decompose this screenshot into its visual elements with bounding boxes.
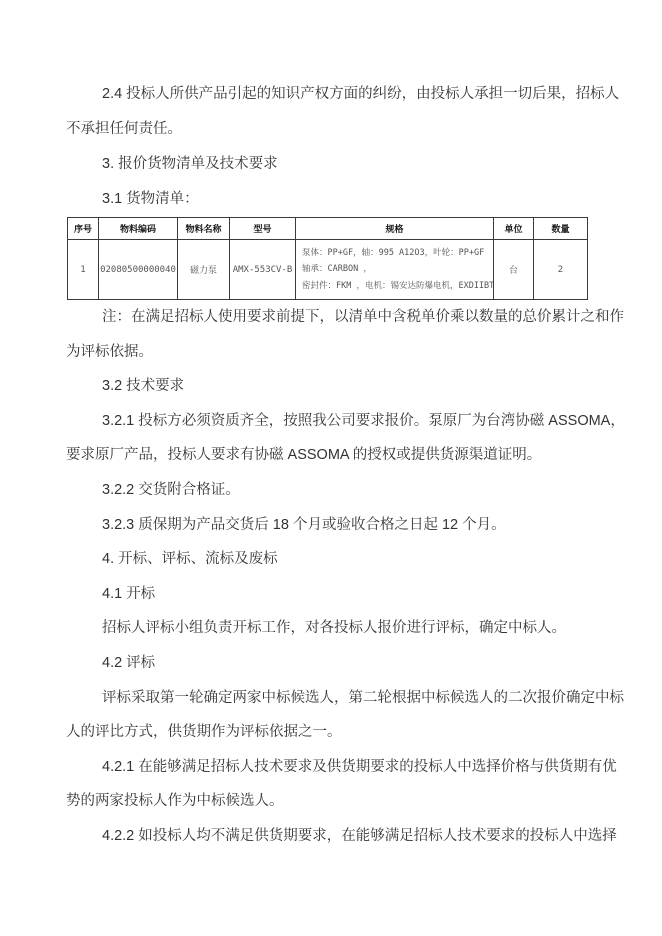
cell-material-code: 02080500000040 [99,240,178,300]
paragraph-line: 2.4 投标人所供产品引起的知识产权方面的纠纷，由投标人承担一切后果，招标人 [66,77,598,112]
paragraph-line: 注：在满足招标人使用要求前提下，以清单中含税单价乘以数量的总价累计之和作 [66,300,598,335]
spec-line: 密封件：FKM ，电机：锡安达防爆电机，EXDIIBT4 [302,278,487,295]
spec-line: 轴承：CARBON ， [302,261,487,278]
section-heading: 4.2 评标 [66,646,598,681]
goods-list-table: 序号 物料编码 物料名称 型号 规格 单位 数量 1 0208050000004… [67,217,588,300]
table-header-spec: 规格 [296,218,494,240]
paragraph-line: 不承担任何责任。 [66,112,598,147]
paragraph-line: 势的两家投标人作为中标候选人。 [66,784,598,819]
cell-unit: 台 [494,240,534,300]
cell-spec: 泵体：PP+GF，轴：995 A12O3，叶轮：PP+GF 轴承：CARBON … [296,240,494,300]
document-page: 2.4 投标人所供产品引起的知识产权方面的纠纷，由投标人承担一切后果，招标人 不… [66,77,598,854]
spec-line: 泵体：PP+GF，轴：995 A12O3，叶轮：PP+GF [302,245,487,262]
paragraph-line: 3.2.1 投标方必须资质齐全，按照我公司要求报价。泵原厂为台湾协磁 ASSOM… [66,404,598,439]
paragraph-line: 3.2.3 质保期为产品交货后 18 个月或验收合格之日起 12 个月。 [66,508,598,543]
document-section-after-table: 注：在满足招标人使用要求前提下，以清单中含税单价乘以数量的总价累计之和作 为评标… [66,300,598,854]
cell-model: AMX-553CV-B [230,240,296,300]
table-header-unit: 单位 [494,218,534,240]
table-header-model: 型号 [230,218,296,240]
paragraph-line: 为评标依据。 [66,335,598,370]
table-header-row: 序号 物料编码 物料名称 型号 规格 单位 数量 [68,218,588,240]
section-heading: 3.1 货物清单： [66,182,598,217]
document-section-before-table: 2.4 投标人所供产品引起的知识产权方面的纠纷，由投标人承担一切后果，招标人 不… [66,77,598,217]
section-heading: 4. 开标、评标、流标及废标 [66,542,598,577]
paragraph-line: 3.2.2 交货附合格证。 [66,473,598,508]
paragraph-line: 4.2.1 在能够满足招标人技术要求及供货期要求的投标人中选择价格与供货期有优 [66,750,598,785]
cell-material-name: 磁力泵 [178,240,230,300]
cell-qty: 2 [534,240,588,300]
paragraph-line: 人的评比方式，供货期作为评标依据之一。 [66,715,598,750]
table-header-seq: 序号 [68,218,99,240]
section-heading: 3. 报价货物清单及技术要求 [66,147,598,182]
paragraph-line: 评标采取第一轮确定两家中标候选人，第二轮根据中标候选人的二次报价确定中标 [66,681,598,716]
table-row: 1 02080500000040 磁力泵 AMX-553CV-B 泵体：PP+G… [68,240,588,300]
section-heading: 4.1 开标 [66,577,598,612]
table-header-material-code: 物料编码 [99,218,178,240]
table-header-qty: 数量 [534,218,588,240]
cell-seq: 1 [68,240,99,300]
table-header-material-name: 物料名称 [178,218,230,240]
section-heading: 3.2 技术要求 [66,369,598,404]
paragraph-line: 招标人评标小组负责开标工作，对各投标人报价进行评标，确定中标人。 [66,611,598,646]
paragraph-line: 要求原厂产品，投标人要求有协磁 ASSOMA 的授权或提供货源渠道证明。 [66,438,598,473]
paragraph-line: 4.2.2 如投标人均不满足供货期要求，在能够满足招标人技术要求的投标人中选择 [66,819,598,854]
